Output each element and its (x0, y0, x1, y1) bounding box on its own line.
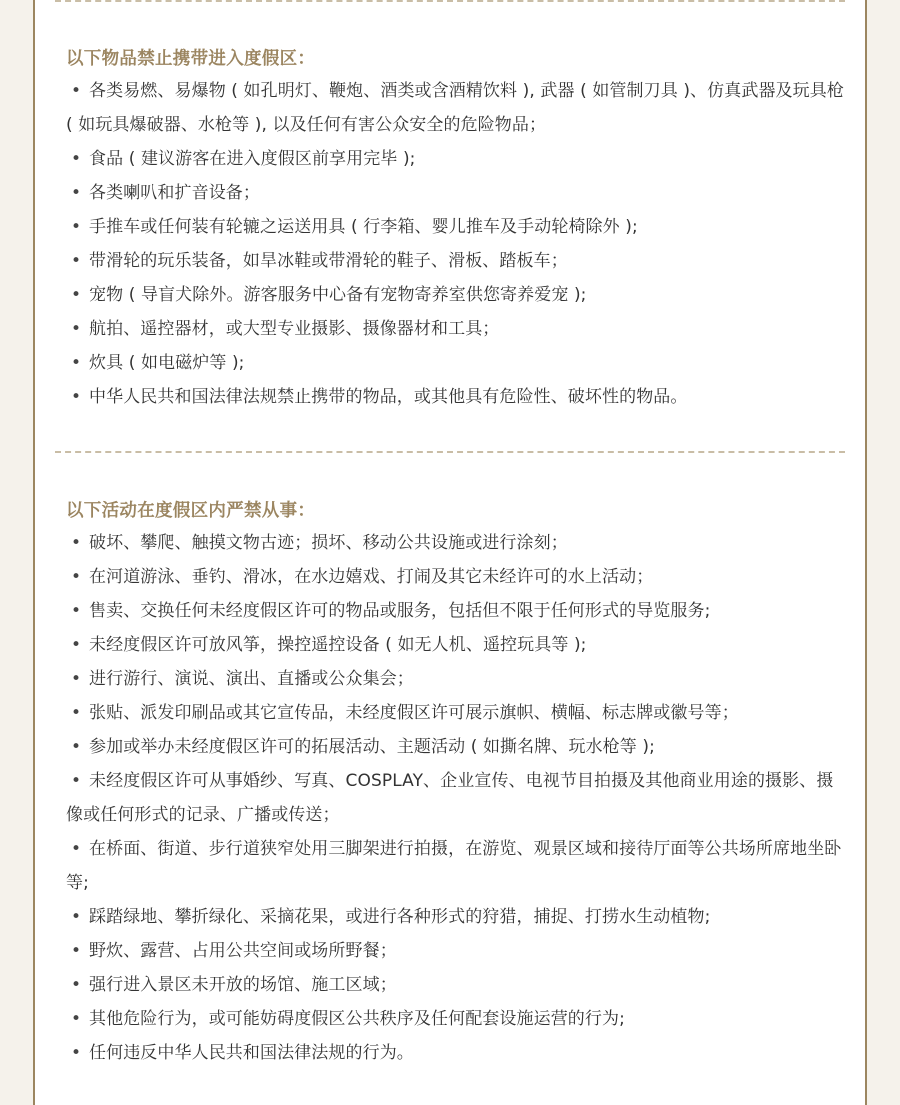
list-item: •未经度假区许可放风筝，操控遥控设备 ( 如无人机、遥控玩具等 ); (66, 628, 845, 662)
list-item: •各类喇叭和扩音设备； (66, 176, 845, 210)
list-item-text: 在桥面、街道、步行道狭窄处用三脚架进行拍摄，在游览、观景区域和接待厅面等公共场所… (66, 839, 841, 893)
prohibited-activities-list: •破坏、攀爬、触摸文物古迹；损坏、移动公共设施或进行涂刻； •在河道游泳、垂钓、… (66, 526, 845, 1070)
list-item: •手推车或任何装有轮辘之运送用具 ( 行李箱、婴儿推车及手动轮椅除外 ); (66, 210, 845, 244)
list-item-text: 炊具 ( 如电磁炉等 ); (89, 353, 245, 373)
list-item-text: 未经度假区许可放风筝，操控遥控设备 ( 如无人机、遥控玩具等 ); (89, 635, 587, 655)
list-item-text: 在河道游泳、垂钓、滑冰，在水边嬉戏、打闹及其它未经许可的水上活动； (89, 567, 653, 587)
list-item: •在桥面、街道、步行道狭窄处用三脚架进行拍摄，在游览、观景区域和接待厅面等公共场… (66, 832, 845, 900)
bullet-icon: • (66, 1002, 89, 1036)
list-item-text: 各类喇叭和扩音设备； (89, 183, 260, 203)
bullet-icon: • (66, 560, 89, 594)
bullet-icon: • (66, 968, 89, 1002)
prohibited-items-section: 以下物品禁止携带进入度假区： •各类易燃、易爆物 ( 如孔明灯、鞭炮、酒类或含酒… (66, 44, 845, 414)
bullet-icon: • (66, 764, 89, 798)
list-item: •航拍、遥控器材，或大型专业摄影、摄像器材和工具； (66, 312, 845, 346)
list-item-text: 售卖、交换任何未经度假区许可的物品或服务，包括但不限于任何形式的导览服务; (89, 601, 710, 621)
bullet-icon: • (66, 244, 89, 278)
list-item: •宠物 ( 导盲犬除外。游客服务中心备有宠物寄养室供您寄养爱宠 ); (66, 278, 845, 312)
list-item-text: 中华人民共和国法律法规禁止携带的物品，或其他具有危险性、破坏性的物品。 (89, 387, 688, 407)
list-item: •中华人民共和国法律法规禁止携带的物品，或其他具有危险性、破坏性的物品。 (66, 380, 845, 414)
bullet-icon: • (66, 346, 89, 380)
list-item-text: 宠物 ( 导盲犬除外。游客服务中心备有宠物寄养室供您寄养爱宠 ); (89, 285, 587, 305)
list-item-text: 未经度假区许可从事婚纱、写真、COSPLAY、企业宣传、电视节目拍摄及其他商业用… (66, 771, 833, 825)
list-item: •任何违反中华人民共和国法律法规的行为。 (66, 1036, 845, 1070)
list-item: •强行进入景区未开放的场馆、施工区域； (66, 968, 845, 1002)
list-item: •未经度假区许可从事婚纱、写真、COSPLAY、企业宣传、电视节目拍摄及其他商业… (66, 764, 845, 832)
bullet-icon: • (66, 594, 89, 628)
bullet-icon: • (66, 312, 89, 346)
list-item-text: 其他危险行为，或可能妨碍度假区公共秩序及任何配套设施运营的行为; (89, 1009, 625, 1029)
bullet-icon: • (66, 210, 89, 244)
bullet-icon: • (66, 176, 89, 210)
list-item: •进行游行、演说、演出、直播或公众集会； (66, 662, 845, 696)
list-item: •破坏、攀爬、触摸文物古迹；损坏、移动公共设施或进行涂刻； (66, 526, 845, 560)
list-item-text: 进行游行、演说、演出、直播或公众集会； (89, 669, 414, 689)
list-item-text: 各类易燃、易爆物 ( 如孔明灯、鞭炮、酒类或含酒精饮料 ), 武器 ( 如管制刀… (66, 81, 844, 135)
bullet-icon: • (66, 696, 89, 730)
rules-panel: 以下物品禁止携带进入度假区： •各类易燃、易爆物 ( 如孔明灯、鞭炮、酒类或含酒… (33, 0, 867, 1105)
list-item: •张贴、派发印刷品或其它宣传品，未经度假区许可展示旗帜、横幅、标志牌或徽号等； (66, 696, 845, 730)
list-item-text: 野炊、露营、占用公共空间或场所野餐； (89, 941, 397, 961)
list-item-text: 食品 ( 建议游客在进入度假区前享用完毕 ); (89, 149, 416, 169)
section-heading: 以下物品禁止携带进入度假区： (66, 44, 845, 74)
list-item: •野炊、露营、占用公共空间或场所野餐； (66, 934, 845, 968)
list-item-text: 强行进入景区未开放的场馆、施工区域； (89, 975, 397, 995)
list-item-text: 踩踏绿地、攀折绿化、采摘花果，或进行各种形式的狩猎，捕捉、打捞水生动植物; (89, 907, 710, 927)
dashed-divider-top (55, 0, 845, 2)
bullet-icon: • (66, 628, 89, 662)
list-item: •踩踏绿地、攀折绿化、采摘花果，或进行各种形式的狩猎，捕捉、打捞水生动植物; (66, 900, 845, 934)
list-item-text: 带滑轮的玩乐装备，如旱冰鞋或带滑轮的鞋子、滑板、踏板车； (89, 251, 568, 271)
list-item: •参加或举办未经度假区许可的拓展活动、主题活动 ( 如撕名牌、玩水枪等 ); (66, 730, 845, 764)
list-item: •食品 ( 建议游客在进入度假区前享用完毕 ); (66, 142, 845, 176)
list-item-text: 参加或举办未经度假区许可的拓展活动、主题活动 ( 如撕名牌、玩水枪等 ); (89, 737, 655, 757)
bullet-icon: • (66, 730, 89, 764)
list-item: •在河道游泳、垂钓、滑冰，在水边嬉戏、打闹及其它未经许可的水上活动； (66, 560, 845, 594)
bullet-icon: • (66, 142, 89, 176)
list-item-text: 任何违反中华人民共和国法律法规的行为。 (89, 1043, 414, 1063)
list-item: •其他危险行为，或可能妨碍度假区公共秩序及任何配套设施运营的行为; (66, 1002, 845, 1036)
prohibited-items-list: •各类易燃、易爆物 ( 如孔明灯、鞭炮、酒类或含酒精饮料 ), 武器 ( 如管制… (66, 74, 845, 414)
bullet-icon: • (66, 832, 89, 866)
dashed-divider-middle (55, 451, 845, 453)
list-item: •带滑轮的玩乐装备，如旱冰鞋或带滑轮的鞋子、滑板、踏板车； (66, 244, 845, 278)
list-item-text: 手推车或任何装有轮辘之运送用具 ( 行李箱、婴儿推车及手动轮椅除外 ); (89, 217, 638, 237)
list-item: •各类易燃、易爆物 ( 如孔明灯、鞭炮、酒类或含酒精饮料 ), 武器 ( 如管制… (66, 74, 845, 142)
bullet-icon: • (66, 74, 89, 108)
bullet-icon: • (66, 662, 89, 696)
bullet-icon: • (66, 526, 89, 560)
list-item-text: 破坏、攀爬、触摸文物古迹；损坏、移动公共设施或进行涂刻； (89, 533, 568, 553)
list-item: •炊具 ( 如电磁炉等 ); (66, 346, 845, 380)
bullet-icon: • (66, 1036, 89, 1070)
bullet-icon: • (66, 934, 89, 968)
section-heading: 以下活动在度假区内严禁从事： (66, 496, 845, 526)
bullet-icon: • (66, 380, 89, 414)
prohibited-activities-section: 以下活动在度假区内严禁从事： •破坏、攀爬、触摸文物古迹；损坏、移动公共设施或进… (66, 496, 845, 1070)
list-item: •售卖、交换任何未经度假区许可的物品或服务，包括但不限于任何形式的导览服务; (66, 594, 845, 628)
list-item-text: 航拍、遥控器材，或大型专业摄影、摄像器材和工具； (89, 319, 499, 339)
bullet-icon: • (66, 278, 89, 312)
bullet-icon: • (66, 900, 89, 934)
list-item-text: 张贴、派发印刷品或其它宣传品，未经度假区许可展示旗帜、横幅、标志牌或徽号等； (89, 703, 739, 723)
